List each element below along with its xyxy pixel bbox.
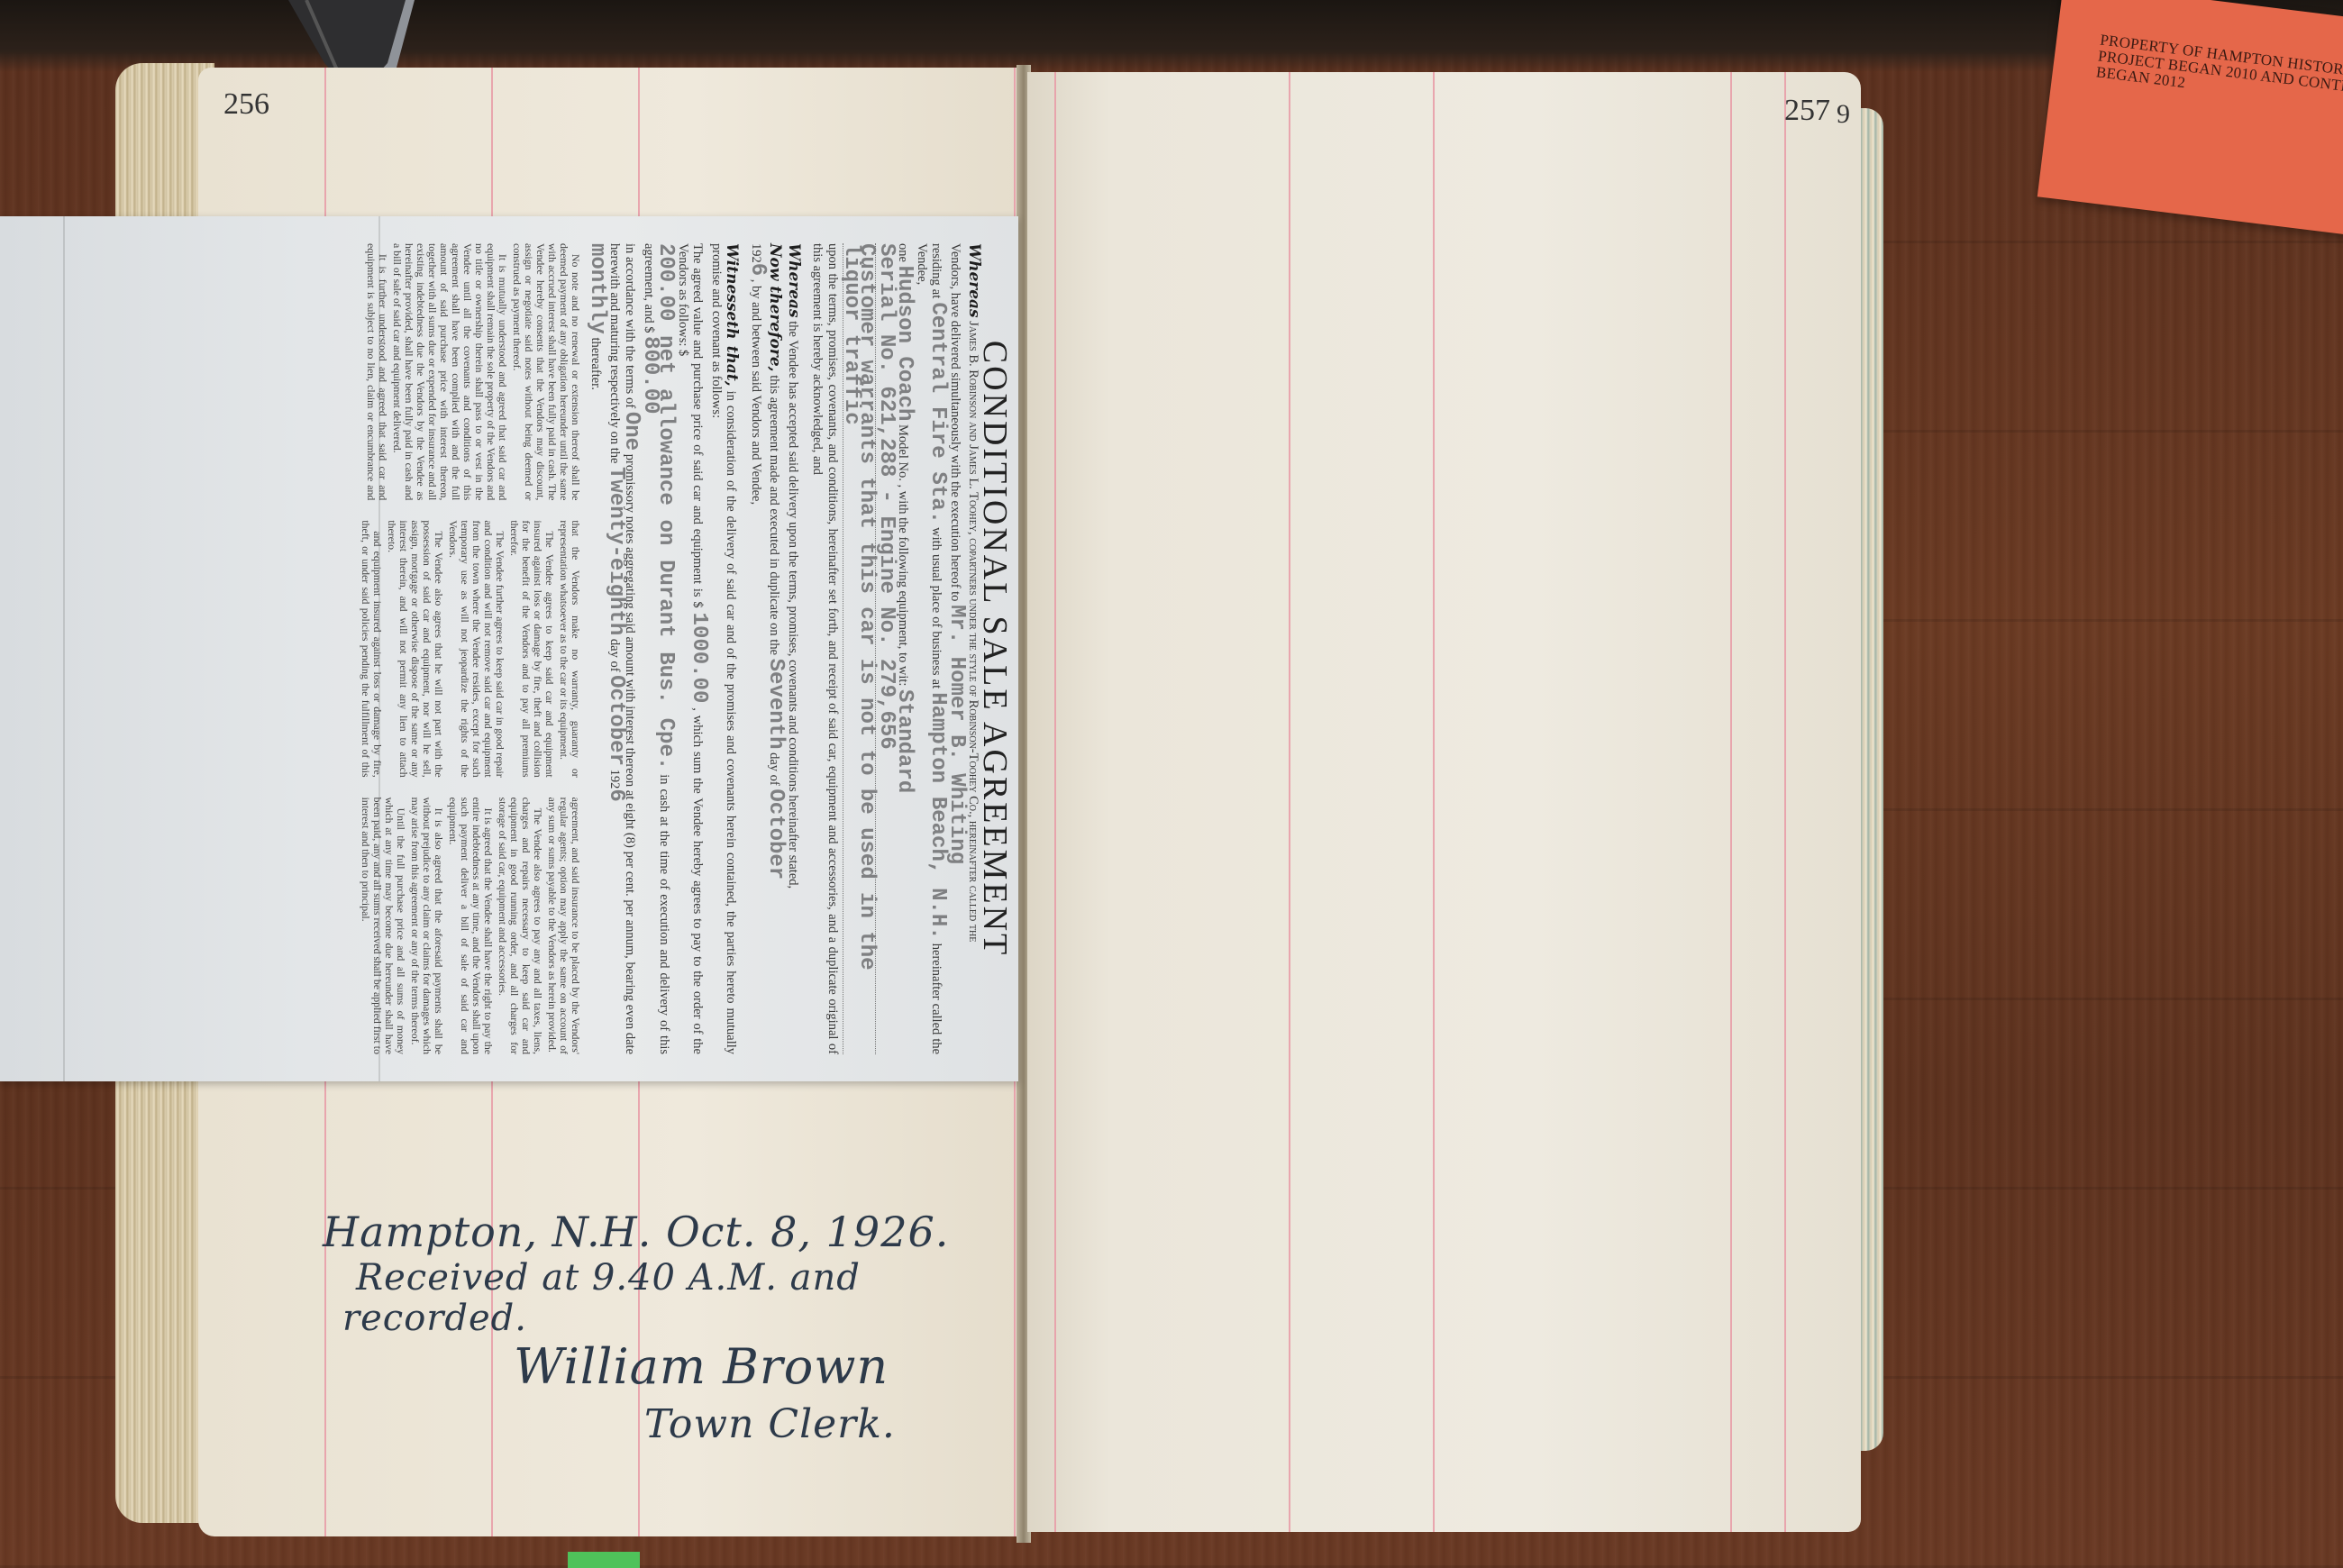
property-label-card: PROPERTY OF HAMPTON HISTORICA PROJECT BE… <box>2038 0 2343 242</box>
ledger-rule <box>1730 72 1732 1532</box>
clause: It is agreed that the Vendee shall have … <box>447 798 494 1054</box>
ledger-rule <box>1289 72 1290 1532</box>
balance-amount: 800.00 <box>638 336 662 414</box>
between-text: , by and between said Vendors and Vendee… <box>749 279 763 505</box>
warranty-line: Customer warrants that this car is not t… <box>843 243 873 1054</box>
ledger-rule <box>1784 72 1786 1532</box>
green-bookmark-tab <box>568 1552 640 1568</box>
ledger-page-right: 257 9 <box>1027 72 1861 1532</box>
handwritten-recorded: recorded. <box>342 1298 527 1339</box>
day-of-label: day of <box>607 639 622 672</box>
clause: The Vendee also agrees that he will not … <box>386 520 444 777</box>
accordance-text: in accordance with the terms of <box>624 243 638 408</box>
handwritten-received-time: Received at 9.40 A.M. and <box>356 1257 861 1299</box>
clerk-title: Town Clerk. <box>644 1401 896 1447</box>
conditional-sale-agreement: CONDITIONAL SALE AGREEMENT Whereas James… <box>0 216 1018 1081</box>
page-number-next: 9 <box>1837 99 1850 130</box>
business-value: Hampton Beach, N.H. <box>926 692 951 940</box>
clerk-signature: William Brown <box>514 1338 889 1395</box>
day-of-label: day of <box>768 752 782 786</box>
year-prefix: 192 <box>749 243 763 263</box>
whereas-heading: Whereas <box>966 243 984 318</box>
clause: The Vendee agrees to keep said car and e… <box>508 520 555 777</box>
maturity-year: 6 <box>604 789 628 801</box>
purchase-price: 1000.00 <box>688 613 712 704</box>
clause: Until the full purchase price and all su… <box>360 798 406 1054</box>
clause: It is also agreed that the aforesaid pay… <box>409 798 444 1054</box>
business-label: with usual place of business at <box>930 527 944 688</box>
witnesseth-heading: Witnesseth that, <box>724 243 742 387</box>
clause: The Vendee also agrees to pay any and al… <box>497 798 543 1054</box>
residing-label: residing at <box>930 243 944 298</box>
clause: It is mutually understood and agreed tha… <box>391 243 508 500</box>
year-prefix: 192 <box>607 770 622 789</box>
ledger-rule <box>1054 72 1056 1532</box>
handwritten-place-date: Hampton, N.H. Oct. 8, 1926. <box>323 1208 949 1256</box>
executed-text: this agreement made and executed in dupl… <box>768 375 782 655</box>
execution-day: Seventh <box>764 659 789 750</box>
agreed-value-text: The agreed value and purchase price of s… <box>691 243 706 608</box>
maturity-day: Twenty-eighth <box>604 467 628 635</box>
payment-frequency: monthly <box>586 243 610 334</box>
terms-text: upon the terms, promises, covenants, and… <box>810 243 840 1054</box>
execution-year: 6 <box>745 263 770 276</box>
agreement-clauses: No note and no renewal or extension ther… <box>360 243 581 1054</box>
maturity-month: October <box>604 675 628 766</box>
clause: The Vendee further agrees to keep said c… <box>447 520 506 777</box>
ledger-rule <box>1433 72 1435 1532</box>
agreement-title: CONDITIONAL SALE AGREEMENT <box>988 243 1003 1054</box>
residing-value: Central Fire Sta. <box>926 302 951 524</box>
thereafter-text: thereafter. <box>589 337 604 389</box>
page-number-left: 256 <box>223 87 269 122</box>
whereas-heading: Whereas <box>785 243 803 318</box>
page-number-right: 257 <box>1784 94 1830 128</box>
execution-month: October <box>764 789 789 880</box>
cash-payment: 200.00 net allowance on Durant Bus. Cpe. <box>654 243 679 770</box>
clause: No note and no renewal or extension ther… <box>511 243 581 500</box>
notes-count: One <box>620 412 644 451</box>
